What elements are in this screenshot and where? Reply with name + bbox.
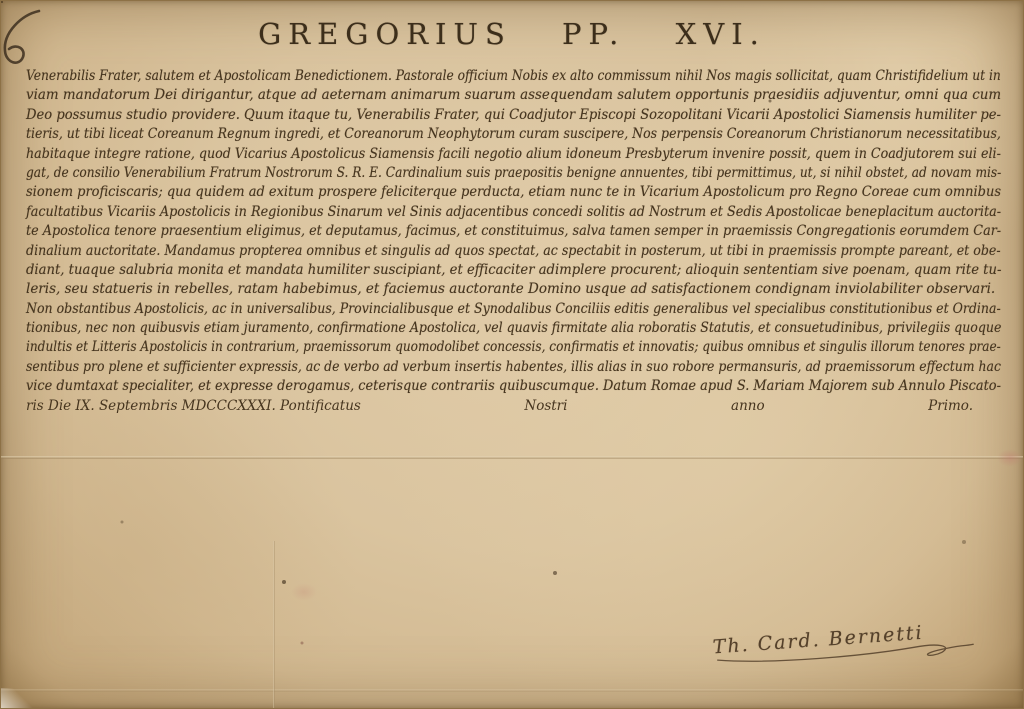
manuscript-line: gat, de consilio Venerabilium Fratrum No… [26, 164, 906, 183]
manuscript-line: Non obstantibus Apostolicis, ac in unive… [26, 300, 932, 319]
manuscript-line: Deo possumus studio providere. Quum itaq… [26, 106, 973, 125]
document-title: GREGORIUS PP. XVI. [1, 17, 1023, 51]
manuscript-body: Venerabilis Frater, salutem et Apostolic… [26, 67, 1001, 416]
manuscript-line: te Apostolica tenore praesentium eligimu… [26, 222, 949, 241]
manuscript-line: facultatibus Vicariis Apostolicis in Reg… [26, 203, 951, 222]
signature-block: Th. Card. Bernetti [712, 618, 984, 675]
manuscript-line: Venerabilis Frater, salutem et Apostolic… [26, 67, 912, 86]
manuscript-line: dinalium auctoritate. Mandamus propterea… [26, 242, 937, 261]
foxing-specks [1, 1, 3, 3]
parchment-document: GREGORIUS PP. XVI. Venerabilis Frater, s… [0, 0, 1024, 709]
dateline: ris Die IX. Septembris MDCCCXXXI. Pontif… [26, 397, 1001, 416]
manuscript-line: vice dumtaxat specialiter, et expresse d… [26, 377, 959, 396]
stain-mark [291, 583, 317, 601]
corner-wear [1, 688, 35, 708]
dateline-word-primo: Primo. [928, 397, 973, 416]
horizontal-fold-crease [1, 456, 1023, 459]
manuscript-line: sentibus pro plene et sufficienter expre… [26, 358, 925, 377]
vertical-fold-crease [273, 541, 275, 709]
horizontal-fold-crease-bottom [1, 689, 1023, 692]
manuscript-line: tionibus, nec non quibusvis etiam jurame… [26, 319, 933, 338]
dateline-date: ris Die IX. Septembris MDCCCXXXI. Pontif… [26, 397, 361, 416]
dateline-word-anno: anno [731, 397, 765, 416]
manuscript-line: leris, seu statueris in rebelles, ratam … [26, 280, 1001, 299]
manuscript-line: tieris, ut tibi liceat Coreanum Regnum i… [26, 125, 930, 144]
dateline-word-nostri: Nostri [524, 397, 567, 416]
manuscript-line: sionem proficiscaris; qua quidem ad exit… [26, 183, 964, 202]
manuscript-line: viam mandatorum Dei dirigantur, atque ad… [26, 86, 995, 105]
manuscript-line: indultis et Litteris Apostolicis in cont… [26, 338, 901, 357]
manuscript-line: habitaque integre ratione, quod Vicarius… [26, 145, 941, 164]
manuscript-line: diant, tuaque salubria monita et mandata… [26, 261, 978, 280]
